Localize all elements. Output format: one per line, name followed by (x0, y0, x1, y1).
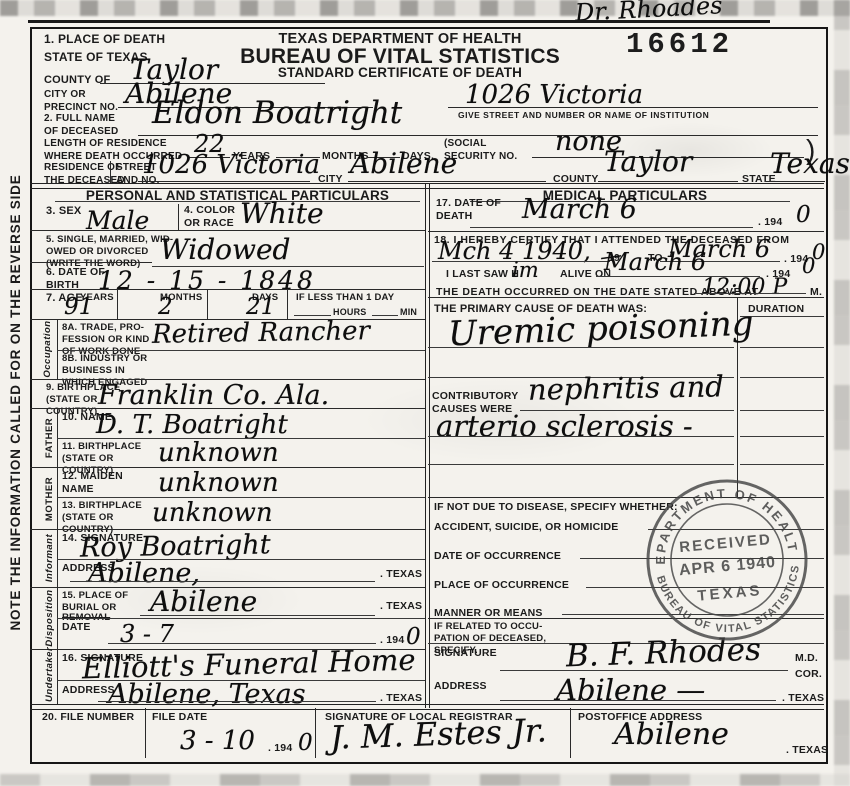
divider (287, 289, 288, 319)
rule (55, 201, 420, 202)
state2-value: Texas (770, 150, 850, 178)
file-date-value: 3 - 10 (180, 728, 255, 754)
rule (765, 181, 825, 182)
rule (138, 135, 818, 136)
file-number-label: 20. FILE NUMBER (42, 711, 134, 724)
death-certificate-scan: NOTE THE INFORMATION CALLED FOR ON THE R… (0, 0, 850, 786)
burial-place-label: 15. PLACE OF BURIAL OR (62, 590, 128, 614)
county-label: COUNTY OF (44, 74, 110, 88)
texas-suffix: . TEXAS (380, 692, 422, 705)
undertaker-signature-value: Elliott's Funeral Home (82, 646, 416, 684)
divider (178, 204, 179, 230)
year-digit: 0 (298, 732, 313, 755)
postoffice-value: Abilene (614, 720, 729, 750)
death-time-value: 12:00 P (702, 277, 787, 299)
column-divider (425, 183, 430, 708)
divider (57, 408, 58, 704)
rule (500, 670, 788, 671)
rule (30, 230, 425, 231)
street-caption: GIVE STREET AND NUMBER OR NAME OF INSTIT… (458, 110, 709, 121)
duration-label: DURATION (748, 303, 804, 316)
stamp-received-text: RECEIVED (679, 531, 773, 556)
rule (428, 464, 734, 465)
texas-suffix: . TEXAS (380, 600, 422, 613)
rule (428, 347, 734, 348)
texas-suffix: . TEXAS (786, 744, 828, 757)
scan-noise-bottom (0, 774, 850, 786)
rule (140, 615, 375, 616)
rule (740, 377, 824, 378)
rule (500, 700, 776, 701)
rule (98, 701, 376, 702)
last-saw-prefix: I LAST SAW H (446, 268, 519, 281)
color-race-label: 4. COLOR OR RACE (184, 204, 235, 230)
county2-value: Taylor (604, 148, 692, 176)
death-date-label: 17. DATE OF DEATH (436, 197, 501, 223)
undertaker-side-label: Undertaker (44, 650, 55, 702)
contributory-value-1: nephritis and (528, 372, 724, 404)
rule (138, 181, 310, 182)
year-digit: 0 (796, 204, 811, 227)
father-birthplace-value: unknown (158, 440, 279, 466)
street-value: 1026 Victoria (465, 82, 643, 108)
divider (570, 708, 571, 758)
age-months-value: 2 (158, 296, 173, 319)
texas-suffix: . TEXAS (782, 692, 824, 705)
father-side-label: FATHER (44, 410, 55, 466)
primary-cause-value: Uremic poisoning (447, 307, 753, 352)
physician-address-label: ADDRESS (434, 680, 487, 693)
mother-birthplace-value: unknown (152, 500, 273, 526)
city-precinct-label: CITY OR PRECINCT NO. (44, 89, 118, 114)
mother-side-label: MOTHER (44, 470, 55, 528)
rule (470, 227, 753, 228)
less-than-day-label: IF LESS THAN 1 DAY (296, 292, 394, 304)
father-name-value: D. T. Boatright (96, 412, 288, 438)
reverse-side-note: NOTE THE INFORMATION CALLED FOR ON THE R… (8, 145, 23, 660)
divider (315, 708, 316, 758)
residence-street-value: 1026 Victoria (142, 152, 320, 178)
death-date-value: March 6 (522, 196, 637, 223)
rule (448, 107, 818, 108)
rule (740, 347, 824, 348)
rule (30, 408, 425, 409)
md-label: M.D. (795, 652, 818, 665)
scan-noise-right (834, 0, 850, 786)
mother-birthplace-label: 13. BIRTHPLACE (STATE OR COUNTRY) (62, 500, 142, 536)
year-printed: . 194 (268, 742, 292, 755)
rule (694, 293, 806, 294)
stamp-date-text: APR 6 1940 (678, 554, 776, 579)
received-stamp: DEPARTMENT OF HEALTH BUREAU OF VITAL STA… (636, 469, 818, 651)
rule (294, 315, 331, 316)
age-years-value: 91 (64, 296, 93, 319)
marital-label: 5. SINGLE, MARRIED, WID- OWED OR DIVORCE… (46, 234, 173, 270)
rule (372, 315, 398, 316)
rule (740, 436, 824, 437)
rule (740, 464, 824, 465)
cor-label: COR. (795, 668, 822, 681)
disposition-side-label: Disposition (44, 588, 55, 648)
divider (57, 319, 58, 379)
maiden-name-label: 12. MAIDEN NAME (62, 470, 123, 496)
min-label: MIN (400, 307, 417, 318)
sex-label: 3. SEX (46, 205, 81, 219)
divider (117, 289, 118, 319)
physician-signature-label: SIGNATURE (434, 647, 497, 660)
rule (30, 262, 152, 263)
registrar-signature-value: J. M. Estes Jr. (330, 714, 548, 754)
burial-date-label: DATE (62, 621, 91, 634)
rule (428, 231, 824, 232)
personal-section-title: PERSONAL AND STATISTICAL PARTICULARS (55, 188, 420, 205)
year-printed: . 194 (758, 216, 782, 229)
occurrence-date-label: DATE OF OCCURRENCE (434, 550, 561, 563)
rule (428, 297, 824, 298)
last-saw-him: im (512, 260, 539, 281)
rule (428, 436, 734, 437)
rule (30, 289, 425, 290)
rule (70, 581, 375, 582)
rule (57, 618, 425, 619)
rule (57, 350, 425, 351)
texas-suffix: . TEXAS (380, 568, 422, 581)
marital-value: Widowed (160, 236, 290, 264)
place-of-death-label: 1. PLACE OF DEATH (44, 32, 165, 47)
certificate-number: 16612 (626, 28, 733, 61)
color-race-value: White (240, 200, 324, 228)
fullname-value: Eldon Boatright (152, 98, 402, 129)
informant-address-value: Abilene, (88, 560, 200, 587)
divider (110, 161, 111, 183)
stamp-texas-text: TEXAS (697, 582, 763, 605)
rule (740, 410, 824, 411)
burial-place-value: Abilene (150, 588, 257, 616)
trade-value: Retired Rancher (152, 318, 370, 348)
occurrence-place-label: PLACE OF OCCURRENCE (434, 579, 569, 592)
divider (207, 289, 208, 319)
informant-side-label: Informant (44, 530, 55, 586)
fullname-label: 2. FULL NAME OF DECEASED (44, 113, 118, 138)
occupation-side-label: Occupation (42, 320, 53, 378)
maiden-name-value: unknown (158, 470, 279, 496)
undertaker-address-label: ADDRESS (62, 684, 115, 697)
rule (348, 181, 546, 182)
rule (598, 181, 738, 182)
top-rule (28, 20, 770, 23)
year-digit: 0 (802, 256, 815, 277)
age-days-value: 21 (246, 296, 275, 319)
last-saw-value: March 6 (604, 250, 706, 274)
accident-label: ACCIDENT, SUICIDE, OR HOMICIDE (434, 521, 619, 534)
divider (145, 708, 146, 758)
undertaker-address-value: Abilene, Texas (108, 681, 306, 708)
file-date-label: FILE DATE (152, 711, 207, 724)
birthplace-value: Franklin Co. Ala. (98, 382, 329, 409)
city2-value: Abilene (350, 150, 457, 178)
